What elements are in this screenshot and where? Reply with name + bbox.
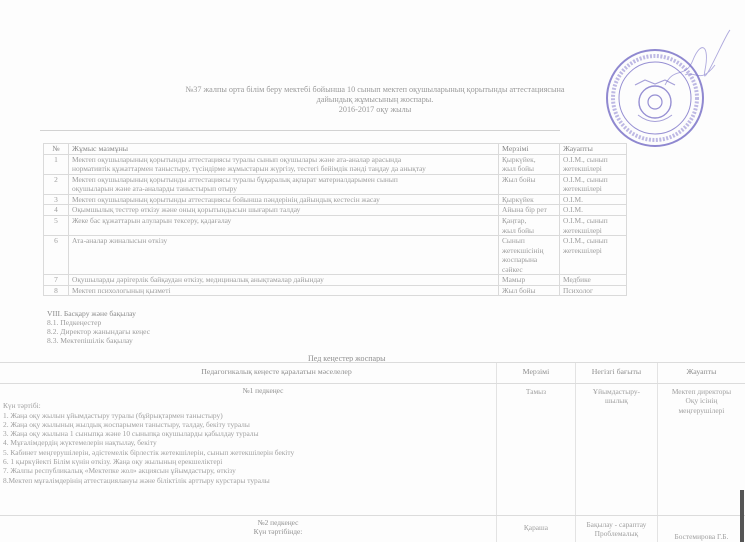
row-resp-line: жетекшілері [563,246,623,256]
row-resp: О.І.М., сыныпжетекшілері [560,216,627,236]
council-2-date: Қараша [496,516,575,542]
row-work-line: Оқушыларды дәрігерлік байқаудан өткізу, … [72,275,495,285]
header-resp: Жауапты [560,144,627,155]
table-row: 6Ата-аналар жиналысын өткізуСыныпжетекші… [44,236,627,275]
title-line-1: №37 жалпы орта білім беру мектебі бойынш… [150,85,600,95]
agenda-item: 3. Жаңа оқу жылына 1 сыныпқа және 10 сын… [3,429,493,438]
row-work-line: Жеке бас құжаттарын алуларын тексеру, қа… [72,216,495,226]
section-item: 8.3. Мектепішілік бақылау [47,336,150,345]
direction-line: Проблемалық [579,529,654,538]
row-work: Ата-аналар жиналысын өткізу [69,236,499,275]
row-num-line: 4 [47,205,65,215]
row-resp-line: Медбике [563,275,623,285]
row-date-line: Мамыр [502,275,556,285]
table-header-row: № Жұмыс мазмұны Мерзімі Жауапты [44,144,627,155]
resp-line: Мектеп директоры [661,387,742,396]
row-resp-line: О.І.М., сынып [563,216,623,226]
table-row: 8Мектеп психологының қызметіЖыл бойыПсих… [44,285,627,296]
agenda-item: 5. Кабинет меңгерушілерін, әдістемелік б… [3,448,493,457]
row-num: 7 [44,275,69,286]
section-viii: VIII. Басқару және бақылау 8.1. Педкеңес… [47,309,150,345]
resp-line: меңгерушілері [661,406,742,415]
row-date: Қыркүйек [499,194,560,205]
row-resp: Психолог [560,285,627,296]
row-date: Айына бір рет [499,205,560,216]
council-2-label: №2 педкеңес [63,518,493,527]
row-num: 4 [44,205,69,216]
row-resp: О.І.М. [560,194,627,205]
row-date-line: Қыркүйек, [502,155,556,165]
agenda-item: 4. Мұғалімдердің жүктемелерін нақтылау, … [3,438,493,447]
row-num: 8 [44,285,69,296]
row-num: 1 [44,154,69,174]
row-work: Мектеп оқушыларының қорытынды аттестация… [69,174,499,194]
row-work: Мектеп психологының қызметі [69,285,499,296]
header-direction: Негізгі бағыты [575,363,657,384]
row-date: Жыл бойы [499,285,560,296]
row-num: 2 [44,174,69,194]
row-work-line: Оқымшылық тесттер өткізу және оның қорыт… [72,205,495,215]
row-resp-line: жетекшілері [563,164,623,174]
row-date-line: Сынып [502,236,556,246]
row-resp: О.І.М. [560,205,627,216]
row-date-line: жоспарына сәйкес [502,255,556,274]
agenda-item: 6. 1 қыркүйекті Білім күнін өткізу. Жаңа… [3,457,493,466]
row-date-line: Жыл бойы [502,175,556,185]
row-work-line: Ата-аналар жиналысын өткізу [72,236,495,246]
row-resp-line: О.І.М. [563,195,623,205]
row-date-line: жетекшісінің [502,246,556,256]
row-resp: О.І.М., сыныпжетекшілері [560,154,627,174]
row-resp-line: О.І.М., сынып [563,236,623,246]
agenda-item: 2. Жаңа оқу жылының жылдық жоспарымен та… [3,420,493,429]
row-date: Сыныпжетекшісініңжоспарына сәйкес [499,236,560,275]
agenda-item: 7. Жалпы республикалық «Мектепке жол» ак… [3,466,493,475]
row-num-line: 2 [47,175,65,185]
row-num-line: 3 [47,195,65,205]
row-resp-line: жетекшілері [563,226,623,236]
table-row: 4Оқымшылық тесттер өткізу және оның қоры… [44,205,627,216]
row-date-line: Жыл бойы [502,286,556,296]
scanned-document-page: №37 жалпы орта білім беру мектебі бойынш… [0,0,745,542]
row-date-line: жыл бойы [502,164,556,174]
table-row: 3Мектеп оқушыларының қорытынды аттестаци… [44,194,627,205]
row-num: 3 [44,194,69,205]
council-1-direction: Ұйымдастыру- шылық [575,384,657,516]
row-resp: О.І.М., сыныпжетекшілері [560,174,627,194]
row-work: Жеке бас құжаттарын алуларын тексеру, қа… [69,216,499,236]
row-date-line: Айына бір рет [502,205,556,215]
council-plan-table: Педагогикалық кеңесте қаралатын мәселеле… [0,362,745,542]
row-date-line: жыл бойы [502,226,556,236]
council-2-direction: Бақылау - сараптау Проблемалық [575,516,657,542]
title-line-3-year: 2016-2017 оқу жылы [150,105,600,115]
section-item: 8.2. Директор жанындағы кеңес [47,327,150,336]
header-resp: Жауапты [657,363,745,384]
council-2-resp: Бостемирова Г.Б. [657,516,745,542]
council-1-label: №1 педкеңес [33,386,493,395]
row-date: Қыркүйек,жыл бойы [499,154,560,174]
signature-scribble [655,25,735,95]
row-work-line: оқушыларын және ата-аналарды таныстырып … [72,184,495,194]
council-1-issues: №1 педкеңес Күн тәртібі: 1. Жаңа оқу жыл… [0,384,496,516]
row-resp-line: жетекшілері [563,184,623,194]
row-num: 5 [44,216,69,236]
plan-table-body: 1Мектеп оқушыларының қорытынды аттестаци… [44,154,627,296]
row-resp: О.І.М., сыныпжетекшілері [560,236,627,275]
direction-line: Ұйымдастыру- [579,387,654,396]
resp-line: Бостемирова Г.Б. [661,532,742,541]
row-resp-line: О.І.М., сынып [563,155,623,165]
row-work-line: Мектеп оқушыларының қорытынды аттестация… [72,155,495,165]
council-2-issues: №2 педкеңес Күн тәртібінде: [0,516,496,542]
row-work-line: Мектеп оқушыларының қорытынды аттестация… [72,175,495,185]
scan-edge-shadow [740,490,744,542]
row-date-line: Қыркүйек [502,195,556,205]
section-viii-heading: VIII. Басқару және бақылау [47,309,150,318]
council-header-row: Педагогикалық кеңесте қаралатын мәселеле… [0,363,745,384]
document-title: №37 жалпы орта білім беру мектебі бойынш… [150,85,600,115]
row-work-line: нормативтік құжаттармен таныстыру, түсін… [72,164,495,174]
row-num: 6 [44,236,69,275]
council-2-agenda-heading: Күн тәртібінде: [63,527,493,536]
agenda-list: 1. Жаңа оқу жылын ұйымдастыру туралы (бұ… [3,411,493,485]
table-row: 1Мектеп оқушыларының қорытынды аттестаци… [44,154,627,174]
row-resp-line: О.І.М., сынып [563,175,623,185]
row-resp-line: О.І.М. [563,205,623,215]
divider-line [40,130,560,131]
table-row: 7Оқушыларды дәрігерлік байқаудан өткізу,… [44,275,627,286]
header-issues: Педагогикалық кеңесте қаралатын мәселеле… [0,363,496,384]
row-num-line: 7 [47,275,65,285]
row-num-line: 5 [47,216,65,226]
row-work: Мектеп оқушыларының қорытынды аттестация… [69,154,499,174]
table-row: 2Мектеп оқушыларының қорытынды аттестаци… [44,174,627,194]
direction-line: шылық [579,396,654,405]
row-work-line: Мектеп психологының қызметі [72,286,495,296]
preparation-plan-table: № Жұмыс мазмұны Мерзімі Жауапты 1Мектеп … [43,143,627,296]
row-num-line: 6 [47,236,65,246]
row-resp: Медбике [560,275,627,286]
agenda-item: 8.Мектеп мұғалімдерінің аттестациялануы … [3,476,493,485]
council-1-agenda: Күн тәртібі: 1. Жаңа оқу жылын ұйымдасты… [3,401,493,485]
title-line-2: дайындық жұмысының жоспары. [150,95,600,105]
council-row-1: №1 педкеңес Күн тәртібі: 1. Жаңа оқу жыл… [0,384,745,516]
section-item: 8.1. Педкеңестер [47,318,150,327]
row-work: Оқымшылық тесттер өткізу және оның қорыт… [69,205,499,216]
row-date: Қаңтар,жыл бойы [499,216,560,236]
row-work: Оқушыларды дәрігерлік байқаудан өткізу, … [69,275,499,286]
row-work: Мектеп оқушыларының қорытынды аттестация… [69,194,499,205]
header-date: Мерзімі [496,363,575,384]
row-date-line: Қаңтар, [502,216,556,226]
resp-line: Оқу ісінің [661,396,742,405]
table-row: 5Жеке бас құжаттарын алуларын тексеру, қ… [44,216,627,236]
direction-line: Бақылау - сараптау [579,520,654,529]
council-1-date: Тамыз [496,384,575,516]
row-num-line: 8 [47,286,65,296]
row-date: Мамыр [499,275,560,286]
agenda-heading: Күн тәртібі: [3,401,493,410]
row-resp-line: Психолог [563,286,623,296]
council-row-2: №2 педкеңес Күн тәртібінде: Қараша Бақыл… [0,516,745,542]
header-num: № [44,144,69,155]
header-date: Мерзімі [499,144,560,155]
council-1-resp: Мектеп директоры Оқу ісінің меңгерушілер… [657,384,745,516]
row-num-line: 1 [47,155,65,165]
row-date: Жыл бойы [499,174,560,194]
row-work-line: Мектеп оқушыларының қорытынды аттестация… [72,195,495,205]
header-work: Жұмыс мазмұны [69,144,499,155]
agenda-item: 1. Жаңа оқу жылын ұйымдастыру туралы (бұ… [3,411,493,420]
